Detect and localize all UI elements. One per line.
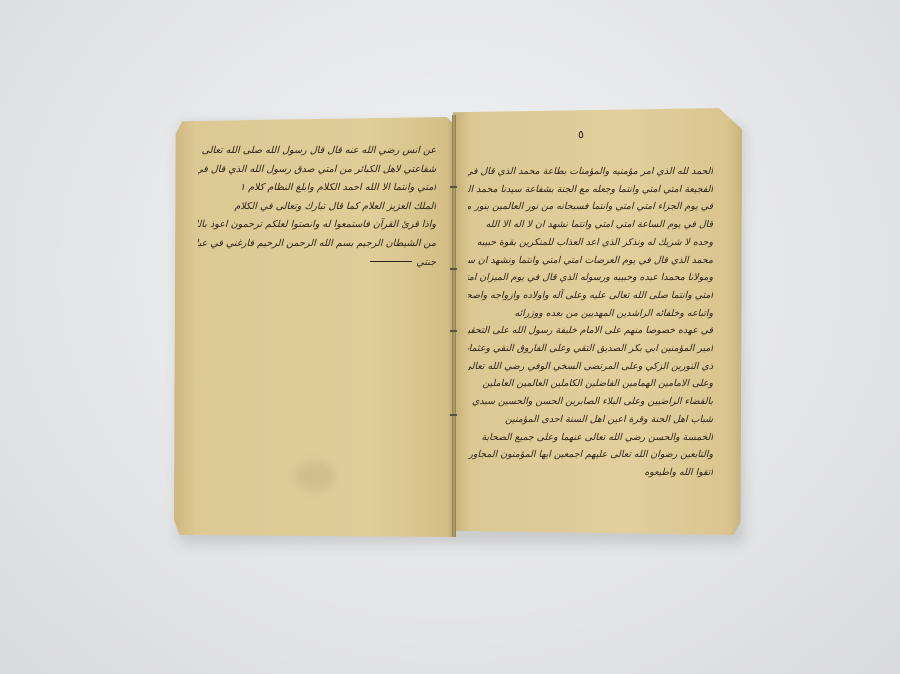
manuscript-line: بالقضاء الراضيين وعلى البلاء الصابرين ال… (468, 393, 713, 411)
manuscript-line: في يوم الجزاء امتي امتي وانتما فسبحانه م… (468, 198, 713, 216)
final-word: جنتي (416, 257, 436, 268)
manuscript-line: امير المؤمنين ابي بكر الصديق التقي وعلى … (468, 340, 713, 358)
manuscript-line: شفاعتي لاهل الكبائر من امتي صدق رسول الل… (198, 161, 436, 180)
binding-stitch (450, 414, 457, 416)
manuscript-line: ومولانا محمدا عبده وحبيبه ورسوله الذي قا… (468, 269, 713, 287)
manuscript-line: الملك العزيز العلام كما قال تبارك وتعالى… (198, 198, 436, 217)
binding-stitch (450, 268, 457, 270)
manuscript-line: امتي وانتما صلى الله تعالى عليه وعلى آله… (468, 287, 713, 305)
manuscript-line: ذي النورين الزكي وعلى المرتضى السخي الوف… (468, 358, 713, 376)
manuscript-line: واذا قرئ القرآن فاستمعوا له وانصتوا لعلك… (198, 216, 436, 235)
manuscript-line: وحده لا شريك له ونذكر الذي اعد العذاب لل… (468, 234, 713, 252)
manuscript-line: الحمد لله الذي امر مؤمنيه والمؤمنات بطاع… (468, 163, 713, 181)
right-page-text: الحمد لله الذي امر مؤمنيه والمؤمنات بطاع… (468, 163, 713, 482)
left-page-text: عن انس رضي الله عنه قال قال رسول الله صل… (198, 142, 436, 272)
manuscript-line: اتقوا الله واطيعوه (468, 464, 713, 482)
manuscript-line: امتي وانتما الا الله احمد الكلام وابلغ ا… (198, 179, 436, 198)
manuscript-line: الخمسة والحسن رضي الله تعالى عنهما وعلى … (468, 429, 713, 447)
manuscript-line: وعلى الامامين الهمامين الفاضلين الكاملين… (468, 375, 713, 393)
manuscript-line: عن انس رضي الله عنه قال قال رسول الله صل… (198, 142, 436, 161)
manuscript-line: قال في يوم الساعة امتي امتي وانتما نشهد … (468, 216, 713, 234)
binding-stitch (450, 186, 457, 188)
manuscript-line: محمد الذي قال في يوم العرصات امتي امتي و… (468, 252, 713, 270)
paper-stain (295, 461, 335, 491)
manuscript-line: الفجيعة امتي امتي وانتما وجعله مع الجنة … (468, 181, 713, 199)
manuscript-line: في عهده خصوصا منهم على الامام خليفة رسول… (468, 322, 713, 340)
binding-stitch (450, 330, 457, 332)
manuscript-line-end: جنتي (198, 254, 436, 273)
manuscript-line: والتابعين رضوان الله تعالى عليهم اجمعين … (468, 446, 713, 464)
book-spine (452, 115, 456, 537)
manuscript-line: من الشيطان الرجيم بسم الله الرحمن الرحيم… (198, 235, 436, 254)
manuscript-line: واتباعه وخلفائه الراشدين المهديين من بعد… (468, 305, 713, 323)
end-flourish (370, 261, 412, 262)
manuscript-line: شباب اهل الجنة وقرة اعين اهل السنة احدى … (468, 411, 713, 429)
page-number: ٥ (578, 128, 584, 141)
